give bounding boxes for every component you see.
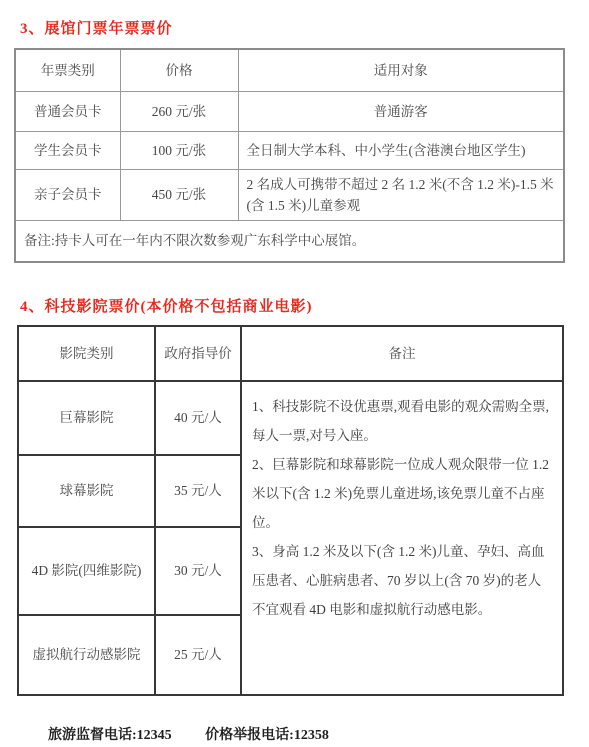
table-row: 亲子会员卡 450 元/张 2 名成人可携带不超过 2 名 1.2 米(不含 1… bbox=[15, 169, 564, 220]
table-remark-row: 备注:持卡人可在一年内不限次数参观广东科学中心展馆。 bbox=[15, 220, 564, 262]
section-title-annual-tickets: 3、展馆门票年票票价 bbox=[20, 17, 589, 38]
header-cinema-type: 影院类别 bbox=[18, 326, 155, 381]
table-row: 学生会员卡 100 元/张 全日制大学本科、中小学生(含港澳台地区学生) bbox=[15, 131, 564, 169]
cell-ticket-type: 普通会员卡 bbox=[15, 91, 120, 131]
cell-notes: 1、科技影院不设优惠票,观看电影的观众需购全票,每人一票,对号入座。 2、巨幕影… bbox=[241, 381, 563, 695]
table-header-row: 年票类别 价格 适用对象 bbox=[15, 49, 564, 91]
header-guide-price: 政府指导价 bbox=[155, 326, 241, 381]
table-row: 普通会员卡 260 元/张 普通游客 bbox=[15, 91, 564, 131]
tourism-hotline-number: 12345 bbox=[137, 728, 172, 743]
header-price: 价格 bbox=[120, 49, 238, 91]
header-ticket-type: 年票类别 bbox=[15, 49, 120, 91]
header-notes: 备注 bbox=[241, 326, 563, 381]
tourism-hotline: 旅游监督电话:12345 bbox=[48, 728, 172, 743]
price-hotline-label: 价格举报电话: bbox=[205, 728, 294, 743]
cell-price: 35 元/人 bbox=[155, 455, 241, 527]
note-paragraph: 3、身高 1.2 米及以下(含 1.2 米)儿童、孕妇、高血压患者、心脏病患者、… bbox=[252, 537, 554, 624]
header-target: 适用对象 bbox=[238, 49, 564, 91]
cell-ticket-type: 学生会员卡 bbox=[15, 131, 120, 169]
table-header-row: 影院类别 政府指导价 备注 bbox=[18, 326, 563, 381]
cell-cinema-type: 巨幕影院 bbox=[18, 381, 155, 455]
cell-price: 260 元/张 bbox=[120, 91, 238, 131]
cell-cinema-type: 球幕影院 bbox=[18, 455, 155, 527]
cell-price: 450 元/张 bbox=[120, 169, 238, 220]
cell-target: 2 名成人可携带不超过 2 名 1.2 米(不含 1.2 米)-1.5 米(含 … bbox=[238, 169, 564, 220]
cinema-price-table: 影院类别 政府指导价 备注 巨幕影院 40 元/人 1、科技影院不设优惠票,观看… bbox=[17, 325, 564, 696]
annual-ticket-price-table: 年票类别 价格 适用对象 普通会员卡 260 元/张 普通游客 学生会员卡 10… bbox=[14, 48, 565, 263]
cell-price: 30 元/人 bbox=[155, 527, 241, 615]
note-paragraph: 2、巨幕影院和球幕影院一位成人观众限带一位 1.2 米以下(含 1.2 米)免票… bbox=[252, 450, 554, 537]
price-hotline: 价格举报电话:12358 bbox=[205, 728, 329, 743]
cell-price: 40 元/人 bbox=[155, 381, 241, 455]
document-page: 3、展馆门票年票票价 年票类别 价格 适用对象 普通会员卡 260 元/张 普通… bbox=[0, 17, 589, 744]
cell-cinema-type: 虚拟航行动感影院 bbox=[18, 615, 155, 695]
section-title-cinema-prices: 4、科技影院票价(本价格不包括商业电影) bbox=[20, 295, 589, 316]
cell-target: 全日制大学本科、中小学生(含港澳台地区学生) bbox=[238, 131, 564, 169]
hotline-footer: 旅游监督电话:12345 价格举报电话:12358 bbox=[48, 724, 589, 744]
cell-cinema-type: 4D 影院(四维影院) bbox=[18, 527, 155, 615]
table-row: 巨幕影院 40 元/人 1、科技影院不设优惠票,观看电影的观众需购全票,每人一票… bbox=[18, 381, 563, 455]
cell-price: 100 元/张 bbox=[120, 131, 238, 169]
cell-remark: 备注:持卡人可在一年内不限次数参观广东科学中心展馆。 bbox=[15, 220, 564, 262]
price-hotline-number: 12358 bbox=[294, 728, 329, 743]
cell-target: 普通游客 bbox=[238, 91, 564, 131]
note-paragraph: 1、科技影院不设优惠票,观看电影的观众需购全票,每人一票,对号入座。 bbox=[252, 392, 554, 450]
cell-price: 25 元/人 bbox=[155, 615, 241, 695]
cell-ticket-type: 亲子会员卡 bbox=[15, 169, 120, 220]
tourism-hotline-label: 旅游监督电话: bbox=[48, 728, 137, 743]
